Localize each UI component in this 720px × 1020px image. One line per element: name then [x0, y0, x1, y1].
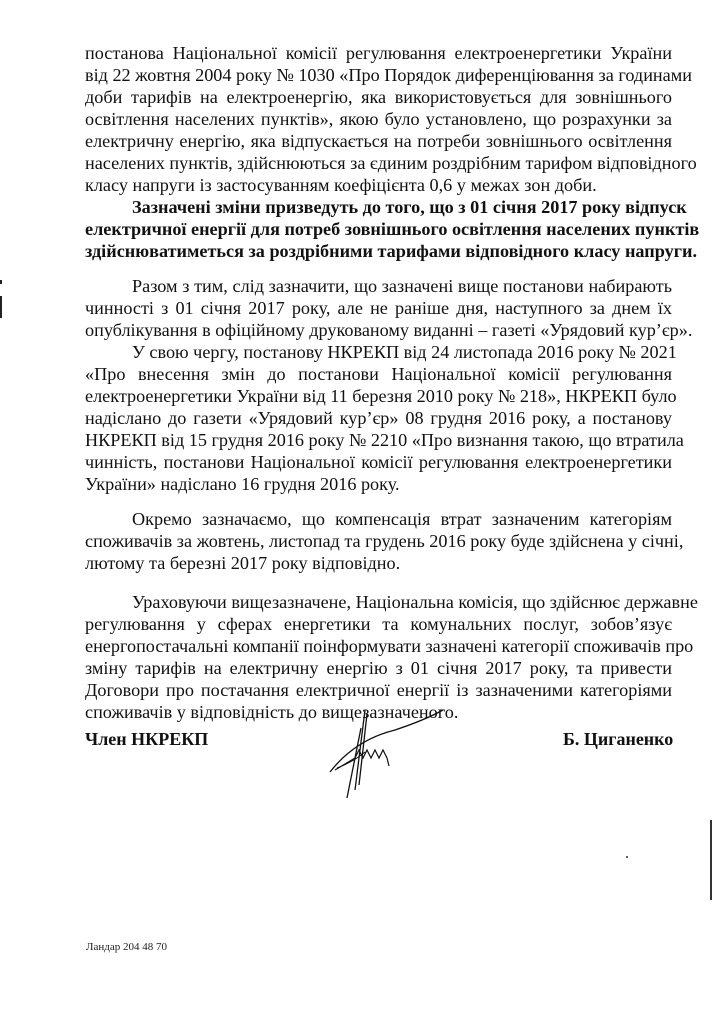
paragraph-6-line-4: зміну тарифів на електричну енергію з 01… — [85, 657, 672, 679]
paragraph-6-line-5: Договори про постачання електричної енер… — [85, 679, 672, 701]
paragraph-4-line-1: У свою чергу, постанову НКРЕКП від 24 ли… — [132, 341, 672, 363]
paragraph-4-line-3: електроенергетики України від 11 березня… — [85, 385, 672, 407]
paragraph-2-line-2: електричної енергії для потреб зовнішньо… — [85, 218, 672, 240]
paragraph-2-line-1: Зазначені зміни призведуть до того, що з… — [132, 196, 672, 218]
paragraph-1-line-4: освітлення населених пунктів», якою було… — [85, 108, 672, 130]
paragraph-6-line-2: регулювання у сферах енергетики та комун… — [85, 613, 672, 635]
paragraph-3-line-3: опублікування в офіційному друкованому в… — [85, 319, 672, 341]
paragraph-6-line-3: енергопостачальні компанії поінформувати… — [85, 635, 672, 657]
handwritten-signature-icon — [325, 700, 445, 800]
paragraph-6-line-1: Ураховуючи вищезазначене, Національна ко… — [132, 591, 672, 613]
executor-contact-note: Ландар 204 48 70 — [86, 941, 167, 953]
paragraph-4-line-2: «Про внесення змін до постанови Націонал… — [85, 363, 672, 385]
paragraph-5-line-2: споживачів за жовтень, листопад та груде… — [85, 530, 672, 552]
paragraph-3-line-1: Разом з тим, слід зазначити, що зазначен… — [132, 275, 672, 297]
scan-artifact-mark — [0, 280, 2, 284]
signatory-name: Б. Циганенко — [563, 729, 673, 750]
scan-artifact-edge — [710, 820, 712, 900]
paragraph-3-line-2: чинності з 01 січня 2017 року, але не ра… — [85, 297, 672, 319]
paragraph-1-line-6: населених пунктів, здійснюються за єдини… — [85, 152, 672, 174]
paragraph-5-line-3: лютому та березні 2017 року відповідно. — [85, 552, 672, 574]
scan-artifact-mark — [0, 296, 2, 318]
paragraph-4-line-7: України» надіслано 16 грудня 2016 року. — [85, 473, 672, 495]
paragraph-1-line-7: класу напруги із застосуванням коефіцієн… — [85, 174, 672, 196]
paragraph-5-line-1: Окремо зазначаємо, що компенсація втрат … — [132, 508, 672, 530]
paragraph-1-line-3: доби тарифів на електроенергію, яка вико… — [85, 86, 672, 108]
paragraph-1-line-5: електричну енергію, яка відпускається на… — [85, 130, 672, 152]
paragraph-4-line-5: НКРЕКП від 15 грудня 2016 року № 2210 «П… — [85, 429, 672, 451]
paragraph-1-line-2: від 22 жовтня 2004 року № 1030 «Про Поря… — [85, 64, 672, 86]
signatory-position: Член НКРЕКП — [85, 729, 208, 750]
paragraph-4-line-4: надіслано до газети «Урядовий кур’єр» 08… — [85, 407, 672, 429]
document-page: постанова Національної комісії регулюван… — [0, 0, 720, 1020]
paragraph-1-line-1: постанова Національної комісії регулюван… — [85, 42, 672, 64]
scan-artifact-dot — [626, 856, 628, 858]
paragraph-2-line-3: здійснюватиметься за роздрібними тарифам… — [85, 240, 672, 262]
paragraph-4-line-6: чинність, постанови Національної комісії… — [85, 451, 672, 473]
